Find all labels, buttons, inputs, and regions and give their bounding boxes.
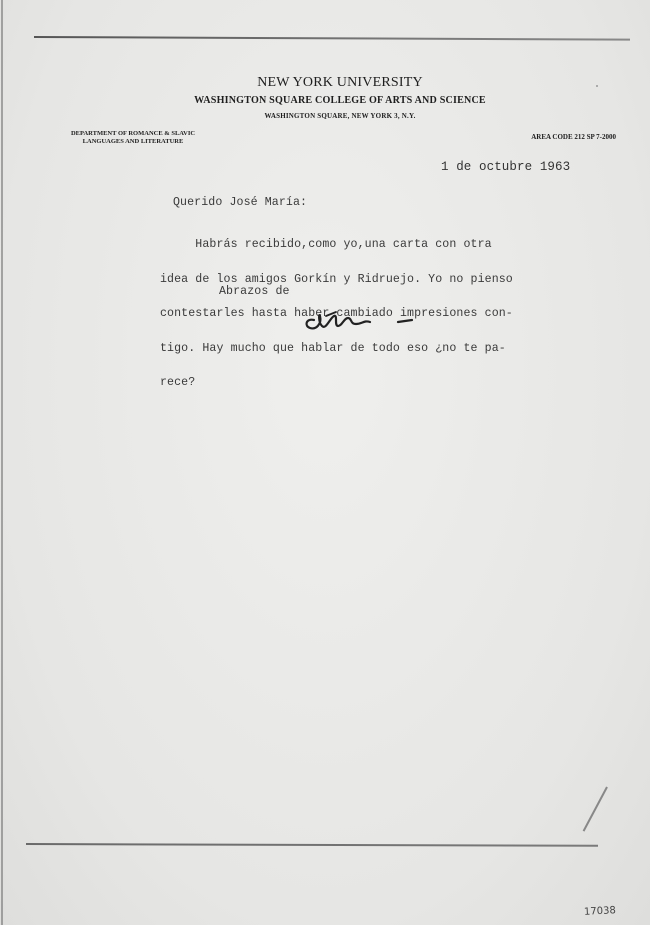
department-line-1: DEPARTMENT OF ROMANCE & SLAVIC <box>58 130 208 138</box>
fold-mark <box>583 787 608 832</box>
body-line: rece? <box>160 377 600 389</box>
body-line: Habrás recibido,como yo,una carta con ot… <box>160 239 600 251</box>
salutation: Querido José María: <box>173 196 307 209</box>
top-rule <box>34 36 630 41</box>
scan-edge <box>1 0 3 925</box>
letter-page: NEW YORK UNIVERSITY WASHINGTON SQUARE CO… <box>0 0 650 925</box>
closing: Abrazos de <box>219 285 290 298</box>
phone-number: AREA CODE 212 SP 7-2000 <box>531 133 616 141</box>
department-line-2: LANGUAGES AND LITERATURE <box>58 138 208 146</box>
signature-icon <box>300 302 420 334</box>
bottom-rule <box>26 843 598 847</box>
body-line: idea de los amigos Gorkín y Ridruejo. Yo… <box>160 274 600 286</box>
institution-name: NEW YORK UNIVERSITY <box>15 75 650 91</box>
college-name: WASHINGTON SQUARE COLLEGE OF ARTS AND SC… <box>28 95 650 106</box>
archive-number: 17038 <box>584 905 616 918</box>
institution-address: WASHINGTON SQUARE, NEW YORK 3, N.Y. <box>15 112 650 120</box>
department: DEPARTMENT OF ROMANCE & SLAVIC LANGUAGES… <box>58 130 208 146</box>
letter-date: 1 de octubre 1963 <box>441 160 570 174</box>
body-line: tigo. Hay mucho que hablar de todo eso ¿… <box>160 343 600 355</box>
